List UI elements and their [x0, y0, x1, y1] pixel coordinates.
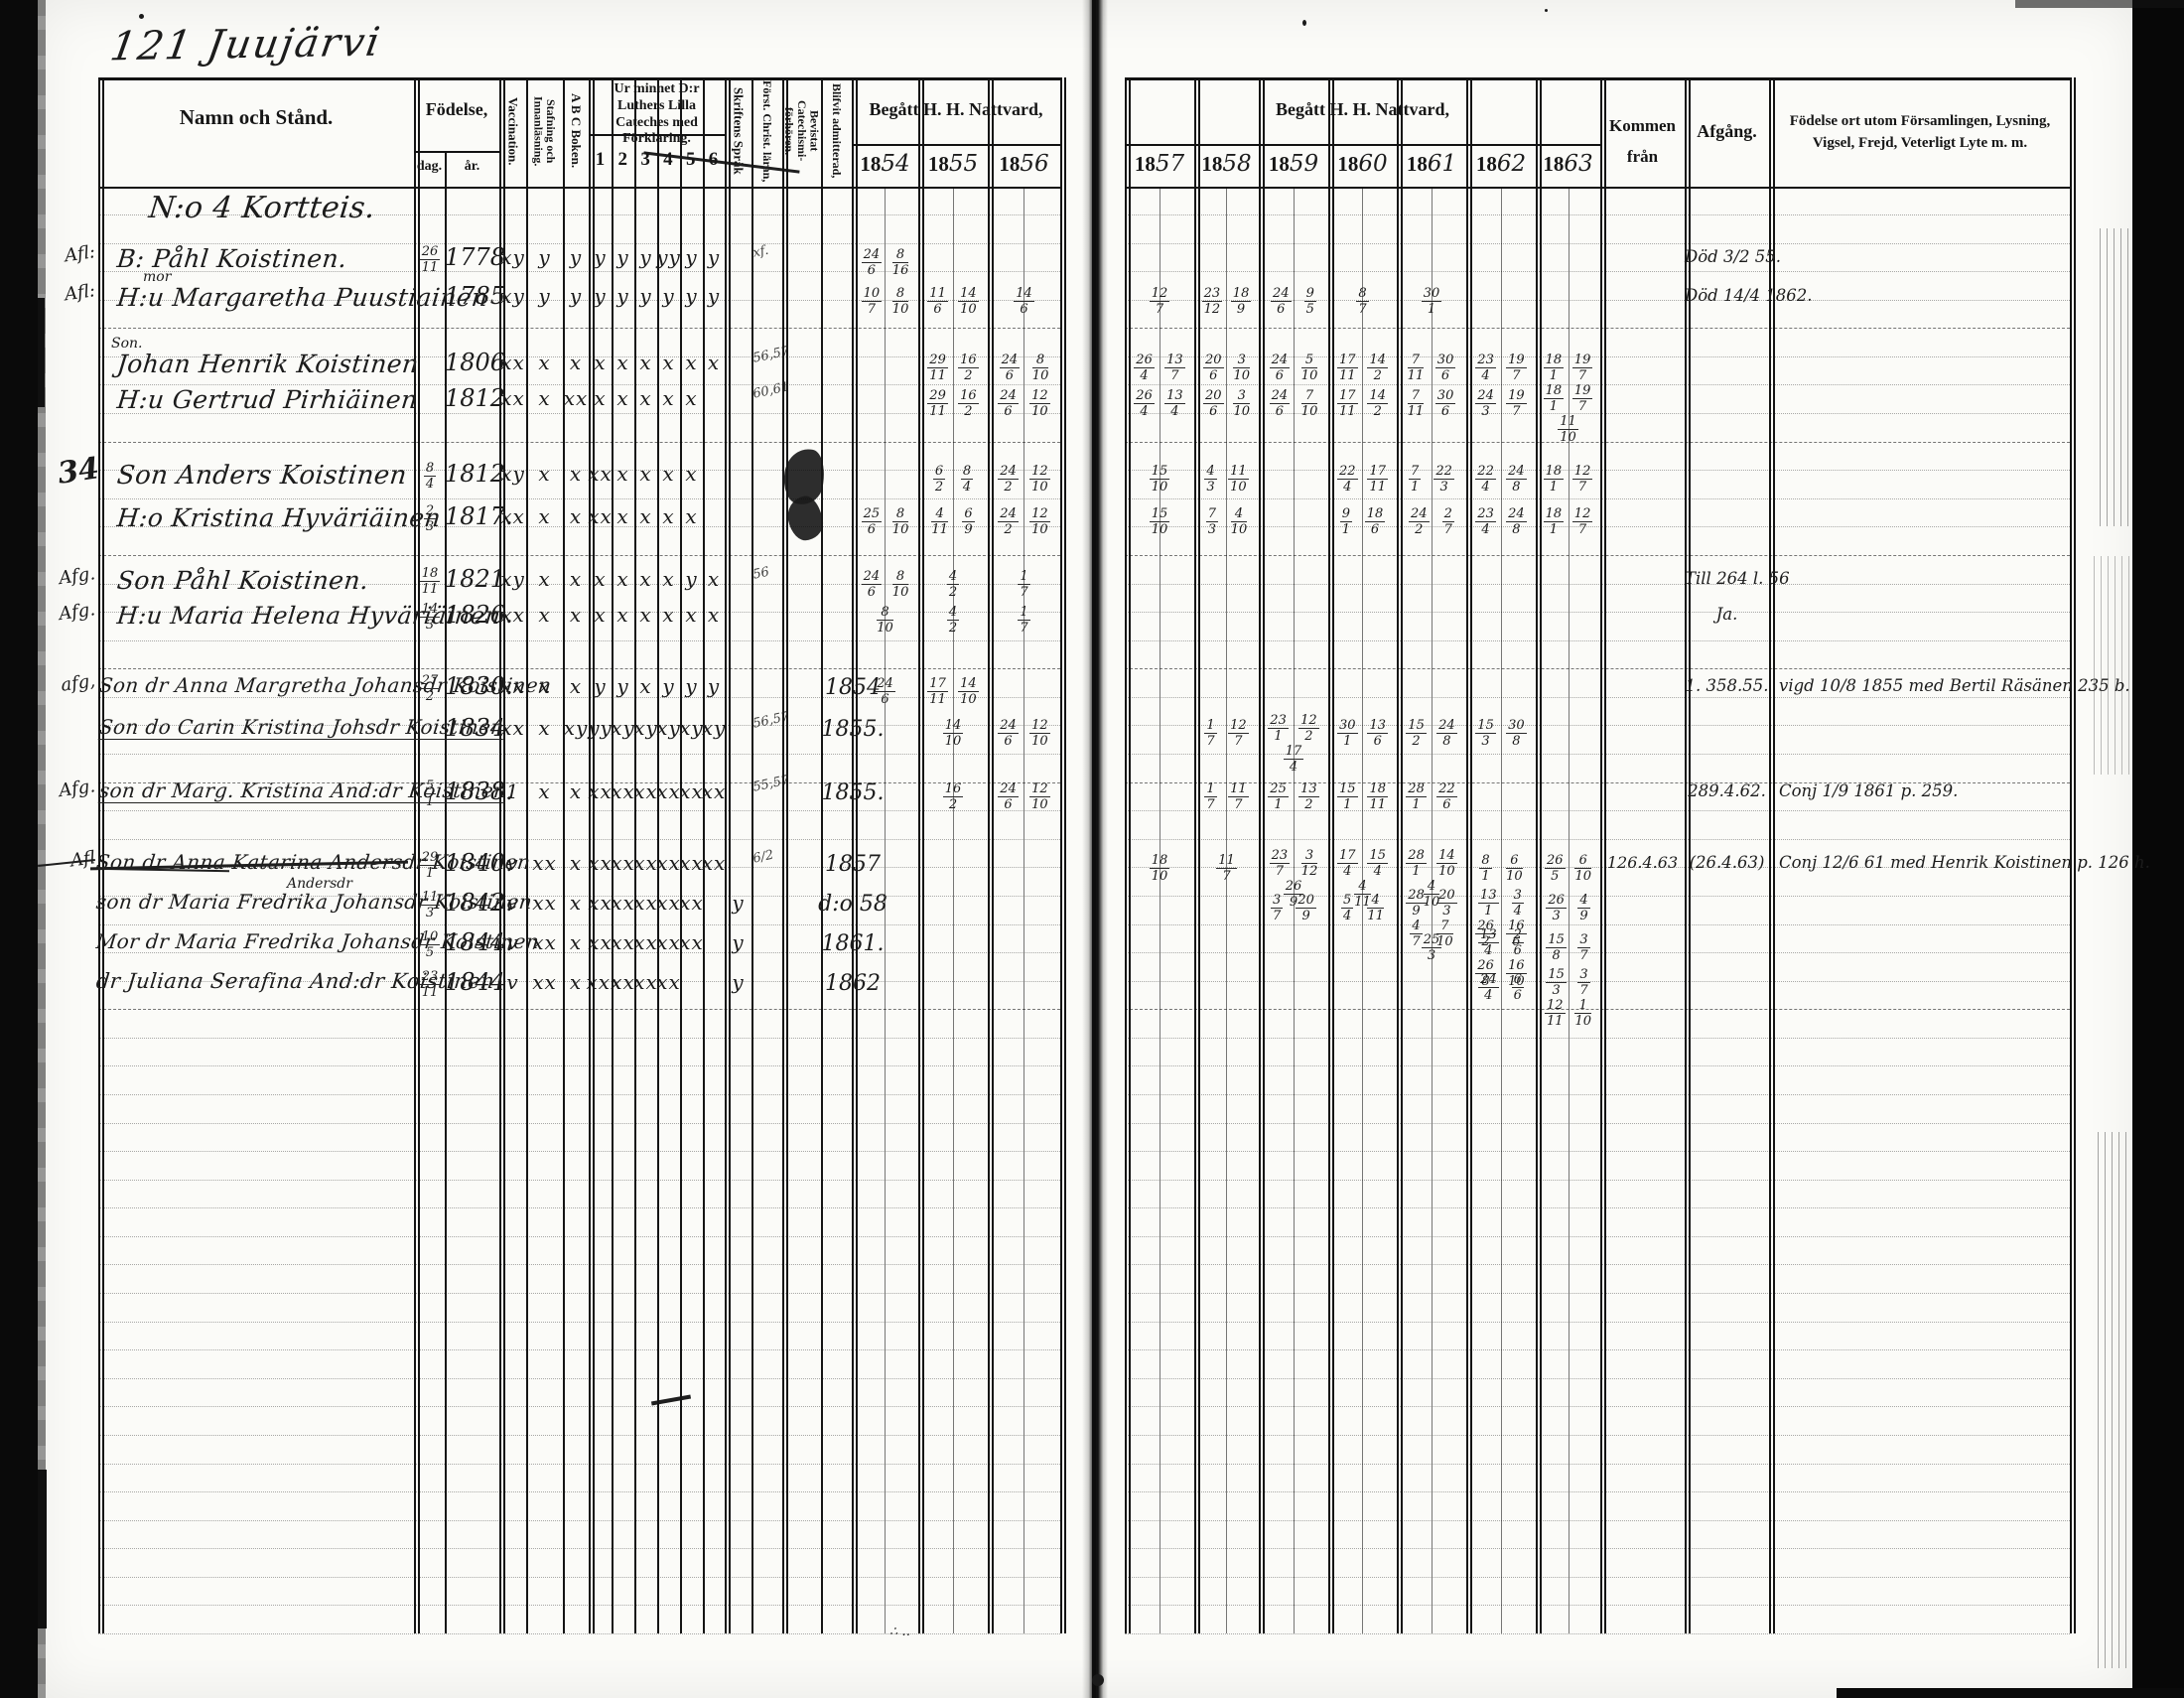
admitted-year: 1857 — [810, 852, 895, 877]
reading-mark: xy — [700, 716, 728, 740]
communion-cell: 17117 — [1196, 777, 1257, 816]
date-fraction: 1110 — [1228, 465, 1249, 494]
communion-cell: 42 — [920, 600, 986, 639]
ink-speck — [1545, 9, 1548, 12]
date-fraction: 223 — [1433, 465, 1454, 494]
col-header-fodelse: Födelse, — [414, 99, 499, 120]
date-fraction: 127 — [1572, 507, 1593, 536]
row-rule-dotted — [98, 1605, 1060, 1606]
row-rule-dotted — [1125, 1094, 2070, 1095]
date-fraction: 174 — [1337, 849, 1358, 878]
table-rule-header-bottom — [1125, 187, 2070, 189]
reading-mark: xx — [531, 891, 559, 915]
reading-mark: xx — [531, 930, 559, 954]
date-fraction: 242 — [998, 465, 1019, 494]
year-label: 1861 — [1397, 151, 1466, 177]
date-fraction: 281 — [1406, 849, 1427, 878]
table-rule — [414, 151, 499, 153]
date-fraction: 246 — [862, 570, 883, 599]
birth-year: 1840. — [445, 849, 500, 877]
reading-mark: xx — [499, 386, 527, 410]
date-fraction: 1811 — [1367, 782, 1388, 811]
date-fraction: 2311 — [420, 970, 441, 999]
date-fraction: 37 — [1271, 894, 1283, 922]
date-fraction: 42 — [947, 570, 959, 599]
scratch-marks — [2097, 228, 2132, 526]
date-fraction: 246 — [1271, 287, 1292, 316]
row-rule-dotted — [1125, 612, 2070, 613]
row-rule-dotted — [1125, 1520, 2070, 1521]
date-fraction: 37 — [1577, 933, 1589, 962]
row-rule-dotted — [1125, 1123, 2070, 1124]
date-fraction: 810 — [1032, 354, 1049, 382]
date-fraction: 2911 — [927, 354, 948, 382]
luther-subcol-number: 5 — [679, 149, 702, 171]
date-fraction: 610 — [1506, 854, 1523, 883]
birth-year: 1842. — [445, 889, 500, 917]
row-rule-dotted — [1125, 1207, 2070, 1208]
communion-cell: 301136 — [1330, 713, 1395, 753]
date-fraction: 17 — [1204, 782, 1216, 811]
date-fraction: 206 — [1203, 354, 1224, 382]
birth-year: 1806 — [445, 349, 500, 376]
date-fraction: 246 — [875, 677, 895, 706]
communion-cell: 24466 — [1468, 967, 1534, 1007]
date-fraction: 301 — [1337, 719, 1358, 748]
fold-scribble: ∴ ‥ — [889, 1625, 910, 1639]
communion-cell: 117 — [1196, 848, 1257, 888]
row-rule-dotted — [98, 1349, 1060, 1350]
communion-cell: 162 — [920, 777, 986, 816]
date-fraction: 1711 — [927, 677, 948, 706]
birth-day: 23 — [415, 503, 445, 534]
date-fraction: 248 — [1436, 719, 1457, 748]
table-rule-vertical — [1773, 77, 1775, 1633]
reading-mark: x — [531, 779, 559, 803]
ink-speck — [1302, 20, 1306, 26]
row-rule-dotted — [98, 555, 1060, 556]
date-fraction: 71 — [1409, 465, 1421, 494]
date-fraction: 2911 — [927, 389, 948, 418]
row-rule-dotted — [98, 810, 1060, 811]
communion-cell: 153308 — [1468, 713, 1534, 753]
reading-mark: y — [531, 245, 559, 269]
communion-cell: 107810 — [854, 281, 916, 321]
row-rule-dotted — [1125, 1349, 2070, 1350]
communion-cell: 134262681610 — [1468, 927, 1534, 967]
date-fraction: 122 — [1298, 714, 1319, 743]
date-fraction: 110 — [1574, 999, 1591, 1028]
reading-mark: x — [531, 716, 559, 740]
date-fraction: 1210 — [1029, 389, 1050, 418]
afgang-note: Död 3/2 55. — [1685, 247, 1769, 266]
birth-day: 143 — [415, 602, 445, 633]
scanned-church-record-spread: ∴ ‥ 121 Juujärvi Namn och Stånd. Födelse… — [0, 0, 2184, 1698]
row-rule-dotted — [98, 640, 1060, 641]
date-fraction: 151 — [1337, 782, 1358, 811]
record-name: H:u Margaretha Puustiainen — [115, 283, 489, 312]
row-rule-dotted — [1125, 1038, 2070, 1039]
date-fraction: 410 — [1231, 507, 1248, 536]
communion-cell: 711306 — [1399, 348, 1464, 387]
row-rule-dotted — [98, 1207, 1060, 1208]
communion-cell: 301 — [1399, 281, 1464, 321]
row-rule-dotted — [98, 328, 1060, 329]
communion-cell: 13134262166 — [1468, 888, 1534, 927]
communion-cell: 2461210 — [990, 383, 1058, 423]
luther-subcol-number: 2 — [612, 149, 634, 171]
communion-cell: 17 — [990, 564, 1058, 604]
reading-mark: xy — [499, 462, 527, 486]
reading-mark: xx — [700, 851, 728, 875]
communion-cell: 1810 — [1127, 848, 1192, 888]
admitted-year: 1862 — [810, 971, 895, 996]
date-fraction: 510 — [1301, 354, 1318, 382]
date-fraction: 816 — [892, 248, 909, 277]
date-fraction: 226 — [1436, 782, 1457, 811]
date-fraction: 1711 — [1337, 354, 1358, 382]
table-rule-vertical — [729, 77, 731, 1633]
date-fraction: 272 — [420, 674, 441, 703]
date-fraction: 107 — [862, 287, 883, 316]
reading-mark: xx — [499, 351, 527, 374]
row-rule-dotted — [1125, 1009, 2070, 1010]
communion-cell: 1711142 — [1330, 383, 1395, 423]
reading-mark: xy — [499, 567, 527, 591]
date-fraction: 242 — [998, 507, 1019, 536]
date-fraction: 181 — [1544, 384, 1565, 413]
row-rule-dotted — [98, 1322, 1060, 1323]
date-fraction: 246 — [862, 248, 883, 277]
date-fraction: 411 — [1367, 894, 1384, 922]
row-rule-dotted — [1125, 1293, 2070, 1294]
date-fraction: 1210 — [1029, 719, 1050, 748]
reading-mark: x — [531, 504, 559, 528]
communion-cell: 246816 — [854, 242, 916, 282]
reading-mark: xx — [531, 970, 559, 994]
row-rule-dotted — [98, 1378, 1060, 1379]
date-fraction: 246 — [998, 389, 1019, 418]
page-title-handwritten: 121 Juujärvi — [107, 20, 384, 71]
row-rule-dotted — [1125, 584, 2070, 585]
date-fraction: 17 — [1018, 606, 1029, 635]
table-rule — [1125, 144, 1600, 146]
communion-cell: 2911162 — [920, 383, 986, 423]
communion-cell: 42 — [920, 564, 986, 604]
date-fraction: 1811 — [420, 567, 441, 596]
reading-mark: x — [678, 504, 706, 528]
luther-subcol-number: 4 — [656, 149, 679, 171]
reading-mark: y — [700, 245, 728, 269]
reading-mark: xx — [499, 716, 527, 740]
communion-cell: 28920347710 — [1399, 888, 1464, 927]
reading-mark: xx — [678, 891, 706, 915]
communion-cell: 17 — [990, 600, 1058, 639]
date-fraction: 209 — [1296, 894, 1316, 922]
date-fraction: 264 — [1134, 389, 1155, 418]
date-fraction: 610 — [1574, 854, 1591, 883]
reading-mark: xx — [499, 504, 527, 528]
birth-year: 1785 — [445, 282, 500, 310]
date-fraction: 248 — [1506, 507, 1527, 536]
date-fraction: 91 — [1340, 507, 1352, 536]
reading-mark: x — [678, 386, 706, 410]
birth-day: 113 — [415, 890, 445, 920]
communion-cell: 71223 — [1399, 459, 1464, 498]
date-fraction: 1410 — [958, 287, 979, 316]
reading-mark: 1 — [499, 779, 527, 803]
ink-speck — [1092, 1674, 1104, 1686]
date-fraction: 711 — [1408, 354, 1425, 382]
date-fraction: 54 — [1341, 894, 1353, 922]
communion-cell: 246810 — [990, 348, 1058, 387]
communion-cell: 231122174 — [1261, 713, 1326, 753]
row-rule-dotted — [98, 1406, 1060, 1407]
date-fraction: 134 — [1478, 928, 1499, 957]
date-fraction: 2611 — [420, 245, 441, 274]
reading-mark: x — [531, 386, 559, 410]
date-fraction: 113 — [420, 891, 441, 920]
birth-day: 84 — [415, 461, 445, 492]
afgang-note: Ja. — [1685, 605, 1769, 624]
col-header-blifvit-admitterad: Blifvit admitterad, — [821, 79, 852, 183]
date-fraction: 49 — [1577, 894, 1589, 922]
date-fraction: 810 — [877, 606, 893, 635]
date-fraction: 1211 — [1545, 999, 1566, 1028]
scratch-marks — [2095, 1132, 2132, 1668]
communion-cell: 153371211110 — [1538, 967, 1598, 1007]
birth-year: 1838. — [445, 778, 500, 805]
date-fraction: 308 — [1506, 719, 1527, 748]
date-fraction: 153 — [1475, 719, 1496, 748]
date-fraction: 1711 — [1337, 389, 1358, 418]
scratch-marks — [2091, 556, 2132, 775]
date-fraction: 117 — [1228, 782, 1249, 811]
communion-cell: 2421210 — [990, 501, 1058, 541]
date-fraction: 105 — [420, 930, 441, 959]
date-fraction: 162 — [943, 782, 964, 811]
date-fraction: 224 — [1337, 465, 1358, 494]
date-fraction: 127 — [1572, 465, 1593, 494]
table-rule-header-bottom — [98, 187, 1060, 189]
date-fraction: 146 — [1014, 287, 1034, 316]
col-header-bevistat: Bevistat Catechismi-förhören. — [782, 79, 821, 183]
col-header-kommen: Kommen från — [1600, 111, 1685, 172]
communion-cell: 431110 — [1196, 459, 1257, 498]
year-label: 1860 — [1328, 151, 1397, 177]
reading-mark: y — [700, 284, 728, 308]
date-fraction: 116 — [927, 287, 948, 316]
ink-speck — [139, 14, 144, 19]
date-fraction: 306 — [1435, 389, 1456, 418]
luther-subcol-number: 1 — [589, 149, 612, 171]
communion-cell: 181197 — [1538, 348, 1598, 387]
date-fraction: 137 — [1164, 354, 1185, 382]
reading-mark: y — [725, 891, 752, 915]
afgang-note: (26.4.63) — [1685, 853, 1769, 872]
communion-cell: 246710 — [1261, 383, 1326, 423]
reading-mark: y — [725, 970, 752, 994]
date-fraction: 153 — [1546, 968, 1567, 997]
date-fraction: 34 — [1512, 889, 1524, 918]
birth-year: 1844. — [445, 928, 500, 956]
row-rule-dotted — [98, 1577, 1060, 1578]
reading-mark: y — [531, 284, 559, 308]
left-edge-nub — [38, 1470, 47, 1628]
communion-cell: 146 — [990, 281, 1058, 321]
date-fraction: 1510 — [1150, 465, 1170, 494]
communion-cell: 174154411 — [1330, 848, 1395, 888]
date-fraction: 142 — [1367, 389, 1388, 418]
date-fraction: 231 — [1268, 714, 1289, 743]
communion-cell: 206310 — [1196, 383, 1257, 423]
row-rule-dotted — [1125, 1264, 2070, 1265]
year-label: 1854 — [852, 151, 918, 177]
communion-cell: 181127 — [1538, 501, 1598, 541]
date-fraction: 246 — [998, 782, 1019, 811]
date-fraction: 197 — [1506, 354, 1527, 382]
reading-mark: xy — [499, 284, 527, 308]
date-fraction: 253 — [1422, 933, 1442, 962]
date-fraction: 69 — [962, 507, 974, 536]
birth-day: 2311 — [415, 969, 445, 1000]
communion-cell: 37209 — [1261, 888, 1326, 927]
row-rule-dotted — [98, 839, 1060, 840]
row-rule-dotted — [98, 1236, 1060, 1237]
date-fraction: 203 — [1436, 889, 1457, 918]
row-rule-dotted — [1125, 328, 2070, 329]
reading-mark: x — [531, 674, 559, 698]
col-header-afgang: Afgång. — [1685, 121, 1769, 142]
date-fraction: 95 — [1304, 287, 1316, 316]
reading-mark: v — [499, 891, 527, 915]
date-fraction: 143 — [420, 603, 441, 632]
date-fraction: 1210 — [1029, 507, 1050, 536]
date-fraction: 66 — [1512, 973, 1524, 1002]
date-fraction: 158 — [1546, 933, 1567, 962]
row-rule-dotted — [98, 1038, 1060, 1039]
date-fraction: 142 — [1367, 354, 1388, 382]
date-fraction: 1410 — [943, 719, 964, 748]
date-fraction: 246 — [1270, 354, 1291, 382]
date-fraction: 234 — [1475, 507, 1496, 536]
date-fraction: 224 — [1475, 465, 1496, 494]
birth-year: 1812 — [445, 384, 500, 412]
date-fraction: 197 — [1572, 384, 1593, 413]
luther-subcol-number: 6 — [702, 149, 725, 171]
afgang-note: Till 264 l. 56 — [1685, 569, 1769, 588]
date-fraction: 301 — [1422, 287, 1442, 316]
date-fraction: 291 — [420, 851, 441, 880]
row-rule-dotted — [1125, 1236, 2070, 1237]
reading-mark: x — [700, 567, 728, 591]
table-rule-vertical — [1060, 77, 1062, 1633]
year-label: 1863 — [1536, 151, 1600, 177]
table-rule-vertical — [1064, 77, 1066, 1633]
date-fraction: 310 — [1233, 354, 1250, 382]
reading-mark: x — [678, 462, 706, 486]
communion-cell: 810 — [854, 600, 916, 639]
communion-cell: 41169 — [920, 501, 986, 541]
communion-cell: 2241711 — [1330, 459, 1395, 498]
date-fraction: 1711 — [1367, 465, 1388, 494]
birth-year: 1778 — [445, 243, 500, 271]
date-fraction: 810 — [892, 570, 909, 599]
date-fraction: 17 — [1204, 719, 1216, 748]
date-fraction: 134 — [1164, 389, 1185, 418]
communion-cell: 2421210 — [990, 459, 1058, 498]
date-fraction: 17 — [1018, 570, 1029, 599]
date-fraction: 1210 — [1029, 782, 1050, 811]
communion-cell: 1510 — [1127, 501, 1192, 541]
date-fraction: 131 — [1478, 889, 1499, 918]
reading-mark: v — [499, 930, 527, 954]
communion-cell: 1811971110 — [1538, 383, 1598, 423]
date-fraction: 246 — [998, 719, 1019, 748]
date-fraction: 181 — [1544, 465, 1565, 494]
col-header-stafning: Stafning och Innanläsning. — [526, 79, 563, 183]
communion-cell: 17111410 — [920, 671, 986, 711]
date-fraction: 263 — [1546, 894, 1567, 922]
date-fraction: 243 — [1475, 389, 1496, 418]
row-rule-dotted — [98, 1094, 1060, 1095]
bottom-edge-smudge — [1837, 1688, 2184, 1698]
afgang-note: 1. 358.55. — [1685, 676, 1769, 695]
record-name: Son Anders Koistinen — [115, 461, 408, 491]
communion-cell: 711306 — [1399, 383, 1464, 423]
row-rule-dotted — [1125, 1548, 2070, 1549]
birth-year: 1817. — [445, 502, 500, 530]
date-fraction: 132 — [1298, 782, 1319, 811]
date-fraction: 181 — [1544, 507, 1565, 536]
center-fold-line — [1092, 0, 1096, 1698]
afgang-note: Död 14/4 1862. — [1685, 286, 1769, 305]
date-fraction: 81 — [1479, 854, 1491, 883]
reading-mark: y — [725, 930, 752, 954]
col-header-fodelseort: Födelse ort utom Församlingen, Lysning, … — [1781, 111, 2059, 155]
row-rule-dotted — [1125, 1151, 2070, 1152]
communion-cell: 87 — [1330, 281, 1395, 321]
date-fraction: 265 — [1545, 854, 1566, 883]
year-label: 1859 — [1259, 151, 1328, 177]
row-rule-dotted — [98, 1123, 1060, 1124]
date-fraction: 810 — [892, 507, 909, 536]
left-edge-nub — [38, 298, 45, 407]
reading-mark: v — [499, 851, 527, 875]
date-fraction: 1110 — [1558, 415, 1578, 444]
date-fraction: 281 — [1406, 782, 1427, 811]
communion-cell: 91186 — [1330, 501, 1395, 541]
birth-year: 1834 — [445, 714, 500, 742]
date-fraction: 1210 — [1029, 465, 1050, 494]
reading-mark: xx — [499, 674, 527, 698]
date-fraction: 206 — [1203, 389, 1224, 418]
date-fraction: 181 — [1544, 354, 1565, 382]
record-name: Johan Henrik Koistinen — [115, 350, 420, 378]
date-fraction: 710 — [1301, 389, 1318, 418]
date-fraction: 127 — [1228, 719, 1249, 748]
communion-cell: 1410 — [920, 713, 986, 753]
date-fraction: 51 — [424, 779, 436, 808]
table-rule-vertical — [1769, 77, 1771, 1633]
year-label: 1855 — [918, 151, 988, 177]
row-rule-dotted — [1125, 1605, 2070, 1606]
reading-mark: v — [499, 970, 527, 994]
reading-mark: xx — [678, 930, 706, 954]
birth-year: 1821 — [445, 565, 500, 593]
birth-year: 1830. — [445, 672, 500, 700]
row-rule-dotted — [1125, 1406, 2070, 1407]
